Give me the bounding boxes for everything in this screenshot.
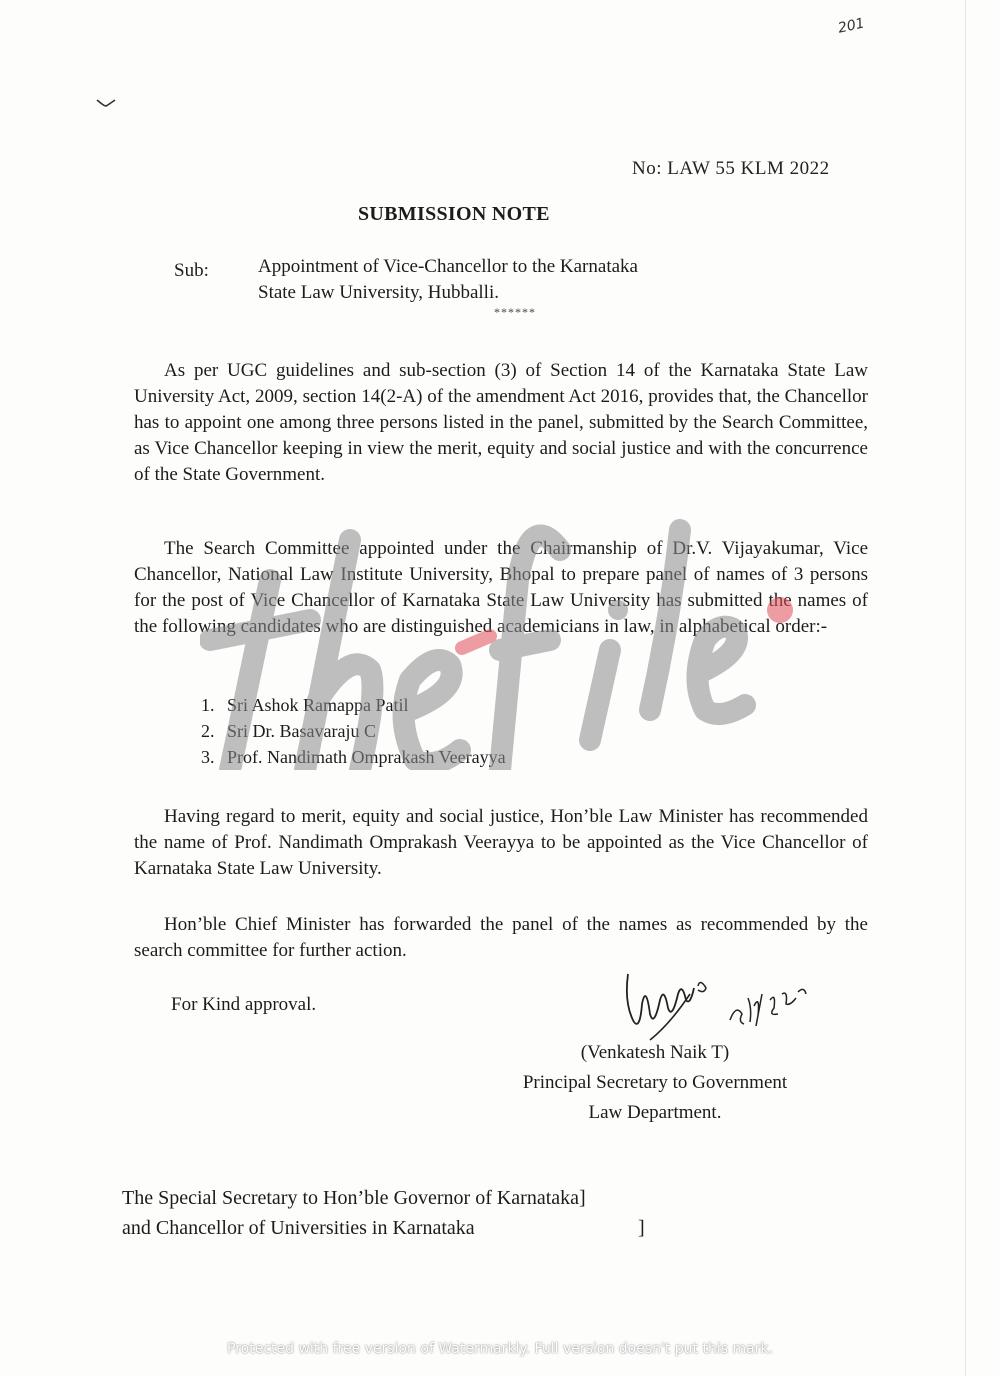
subject-line-1: Appointment of Vice-Chancellor to the Ka… — [258, 254, 778, 280]
approval-request: For Kind approval. — [171, 994, 316, 1016]
handwritten-page-number: 201 — [837, 15, 866, 36]
addressee-block: The Special Secretary to Hon’ble Governo… — [122, 1183, 586, 1243]
addressee-line-1: The Special Secretary to Hon’ble Governo… — [122, 1183, 586, 1213]
signatory-name: (Venkatesh Naik T) — [490, 1038, 820, 1068]
signatory-department: Law Department. — [490, 1098, 820, 1128]
list-item: 2.Sri Dr. Basavaraju C — [201, 718, 506, 744]
paragraph-chief-minister: Hon’ble Chief Minister has forwarded the… — [134, 912, 868, 964]
subject-separator: ****** — [494, 305, 536, 320]
list-item: 1.Sri Ashok Ramappa Patil — [201, 692, 506, 718]
signature-icon — [620, 964, 880, 1044]
reference-number: No: LAW 55 KLM 2022 — [632, 158, 830, 180]
addressee-bracket: ] — [638, 1213, 645, 1243]
subject-label: Sub: — [174, 260, 209, 282]
signatory-block: (Venkatesh Naik T) Principal Secretary t… — [490, 1038, 820, 1128]
signatory-designation: Principal Secretary to Government — [490, 1068, 820, 1098]
document-page: 201 No: LAW 55 KLM 2022 SUBMISSION NOTE … — [0, 0, 1000, 1376]
page-edge — [965, 0, 966, 1376]
paragraph-ugc-guidelines: As per UGC guidelines and sub-section (3… — [134, 358, 868, 488]
subject-text: Appointment of Vice-Chancellor to the Ka… — [258, 254, 778, 306]
paragraph-search-committee: The Search Committee appointed under the… — [134, 536, 868, 640]
page-title: SUBMISSION NOTE — [358, 203, 550, 226]
subject-line-2: State Law University, Hubballi. — [258, 280, 778, 306]
candidate-list: 1.Sri Ashok Ramappa Patil 2.Sri Dr. Basa… — [201, 692, 506, 770]
list-item: 3.Prof. Nandimath Omprakash Veerayya — [201, 744, 506, 770]
tick-mark-icon — [96, 98, 116, 108]
paragraph-recommendation: Having regard to merit, equity and socia… — [134, 804, 868, 882]
watermarkly-footer: Protected with free version of Watermark… — [0, 1341, 1000, 1357]
addressee-line-2: and Chancellor of Universities in Karnat… — [122, 1213, 586, 1243]
